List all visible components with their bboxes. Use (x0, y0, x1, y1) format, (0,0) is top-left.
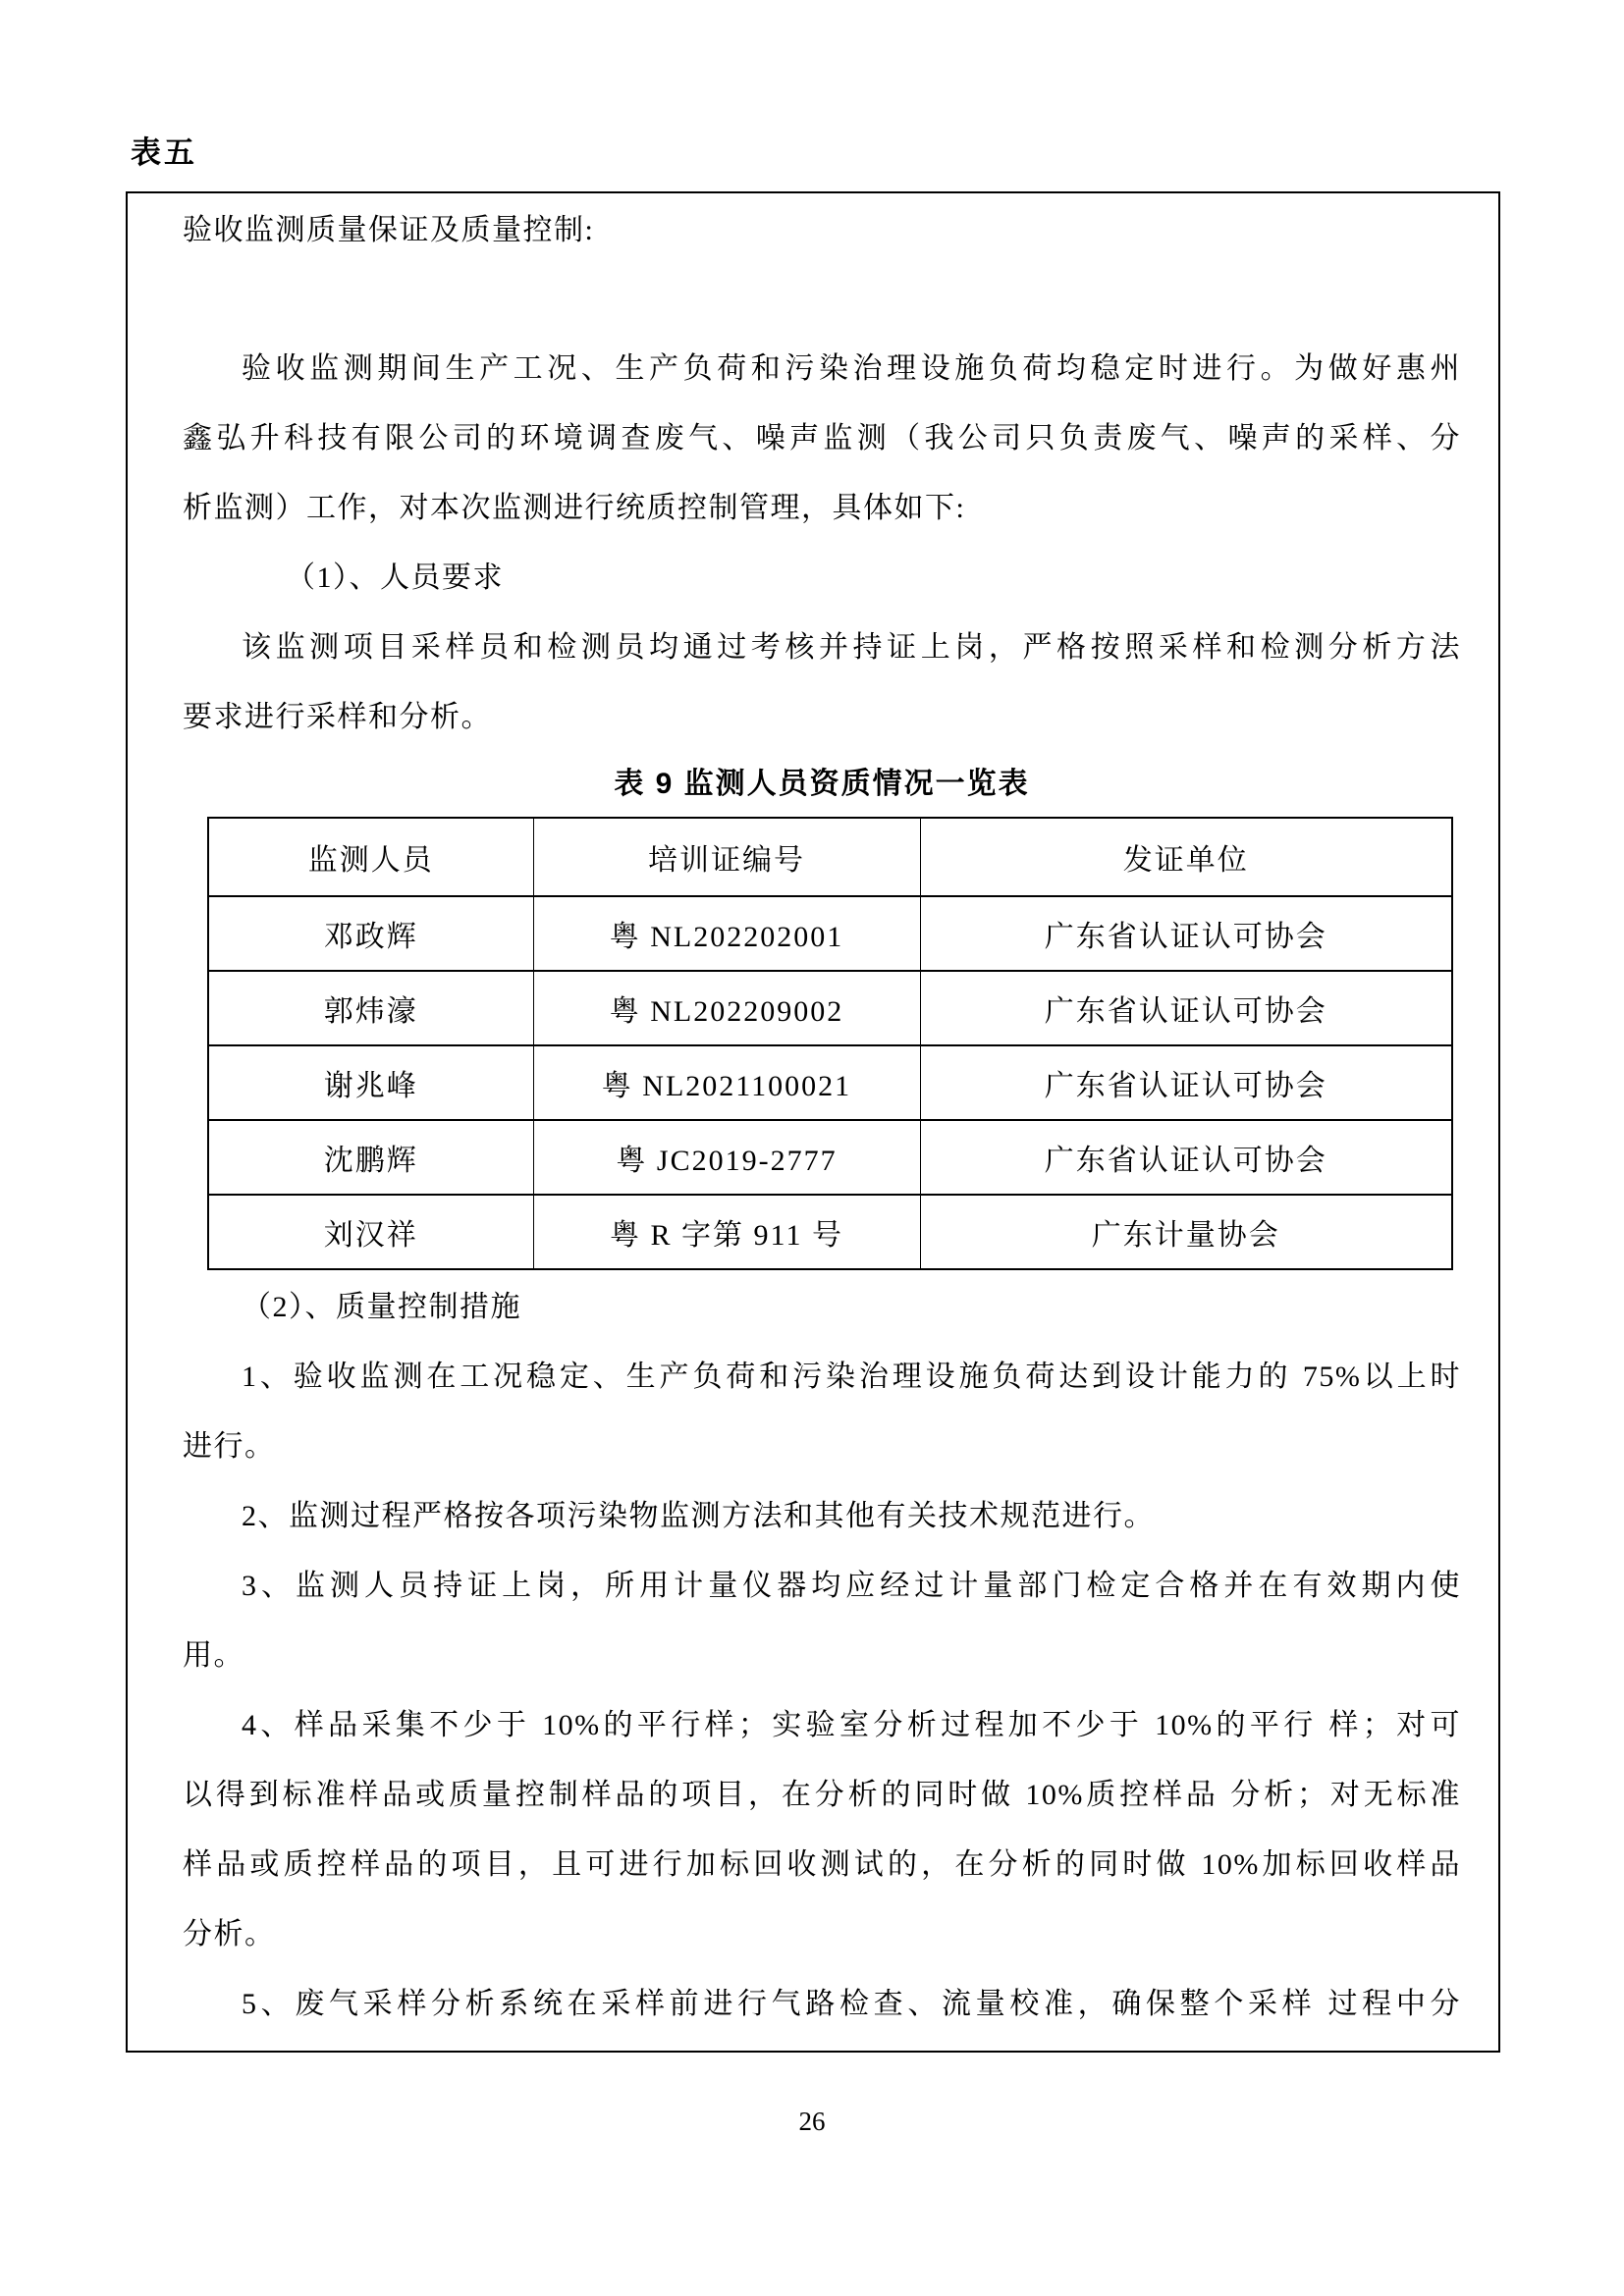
person-cell: 刘汉祥 (208, 1195, 533, 1269)
document-page: 表五 验收监测质量保证及质量控制: 验收监测期间生产工况、生产负荷和污染治理设施… (0, 0, 1624, 2296)
list-item-line: 分析。 (183, 1899, 1461, 1969)
list-item-line: 以得到标准样品或质量控制样品的项目，在分析的同时做 10%质控样品 分析；对无标… (183, 1760, 1461, 1830)
doc-heading: 表五 (131, 133, 197, 173)
issuer-cell: 广东省认证认可协会 (920, 971, 1452, 1045)
list-item-line: 5、废气采样分析系统在采样前进行气路检查、流量校准，确保整个采样 过程中分 (183, 1969, 1461, 2039)
person-cell: 沈鹏辉 (208, 1120, 533, 1195)
sub-heading-2: （2）、质量控制措施 (183, 1272, 1461, 1342)
paragraph-line: 析监测）工作，对本次监测进行统质控制管理，具体如下: (183, 473, 1461, 543)
list-item-line: 样品或质控样品的项目，且可进行加标回收测试的，在分析的同时做 10%加标回收样品 (183, 1830, 1461, 1899)
list-item-line: 1、验收监测在工况稳定、生产负荷和污染治理设施负荷达到设计能力的 75%以上时 (183, 1342, 1461, 1412)
list-item-line: 2、监测过程严格按各项污染物监测方法和其他有关技术规范进行。 (183, 1481, 1461, 1551)
table-header-cell: 培训证编号 (533, 818, 920, 896)
cert-cell: 粤 R 字第 911 号 (533, 1195, 920, 1269)
issuer-cell: 广东省认证认可协会 (920, 896, 1452, 971)
cert-cell: 粤 JC2019-2777 (533, 1120, 920, 1195)
content-box: 验收监测质量保证及质量控制: 验收监测期间生产工况、生产负荷和污染治理设施负荷均… (126, 191, 1500, 2053)
person-cell: 邓政辉 (208, 896, 533, 971)
issuer-cell: 广东计量协会 (920, 1195, 1452, 1269)
person-cell: 谢兆峰 (208, 1045, 533, 1120)
cert-cell: 粤 NL202209002 (533, 971, 920, 1045)
cert-cell: 粤 NL2021100021 (533, 1045, 920, 1120)
person-cell: 郭炜濠 (208, 971, 533, 1045)
issuer-cell: 广东省认证认可协会 (920, 1045, 1452, 1120)
cert-cell: 粤 NL202202001 (533, 896, 920, 971)
list-item-4: 4、样品采集不少于 10%的平行样；实验室分析过程加不少于 10%的平行 样；对… (183, 1690, 1461, 1969)
list-item-2: 2、监测过程严格按各项污染物监测方法和其他有关技术规范进行。 (183, 1481, 1461, 1551)
table-9-title: 表 9 监测人员资质情况一览表 (183, 754, 1461, 815)
list-item-line: 进行。 (183, 1412, 1461, 1481)
list-item-line: 3、监测人员持证上岗，所用计量仪器均应经过计量部门检定合格并在有效期内使 (183, 1551, 1461, 1621)
list-item-5: 5、废气采样分析系统在采样前进行气路检查、流量校准，确保整个采样 过程中分 (183, 1969, 1461, 2039)
paragraph-line: 验收监测期间生产工况、生产负荷和污染治理设施负荷均稳定时进行。为做好惠州 (183, 334, 1461, 403)
table-row: 郭炜濠 粤 NL202209002 广东省认证认可协会 (208, 971, 1452, 1045)
table-row: 邓政辉 粤 NL202202001 广东省认证认可协会 (208, 896, 1452, 971)
list-item-line: 4、样品采集不少于 10%的平行样；实验室分析过程加不少于 10%的平行 样；对… (183, 1690, 1461, 1760)
list-item-line: 用。 (183, 1621, 1461, 1690)
table-row: 谢兆峰 粤 NL2021100021 广东省认证认可协会 (208, 1045, 1452, 1120)
sub-heading-1: （1）、人员要求 (183, 543, 1461, 613)
table-header-row: 监测人员 培训证编号 发证单位 (208, 818, 1452, 896)
issuer-cell: 广东省认证认可协会 (920, 1120, 1452, 1195)
list-item-1: 1、验收监测在工况稳定、生产负荷和污染治理设施负荷达到设计能力的 75%以上时 … (183, 1342, 1461, 1481)
paragraph-2: 该监测项目采样员和检测员均通过考核并持证上岗，严格按照采样和检测分析方法 要求进… (183, 613, 1461, 752)
table-header-cell: 监测人员 (208, 818, 533, 896)
page-number: 26 (0, 2102, 1624, 2141)
qualification-table: 监测人员 培训证编号 发证单位 邓政辉 粤 NL202202001 广东省认证认… (207, 817, 1453, 1270)
table-row: 沈鹏辉 粤 JC2019-2777 广东省认证认可协会 (208, 1120, 1452, 1195)
table-row: 刘汉祥 粤 R 字第 911 号 广东计量协会 (208, 1195, 1452, 1269)
paragraph-1: 验收监测期间生产工况、生产负荷和污染治理设施负荷均稳定时进行。为做好惠州 鑫弘升… (183, 334, 1461, 543)
paragraph-line: 要求进行采样和分析。 (183, 682, 1461, 752)
table-header-cell: 发证单位 (920, 818, 1452, 896)
box-label: 验收监测质量保证及质量控制: (183, 195, 1461, 265)
paragraph-line: 鑫弘升科技有限公司的环境调查废气、噪声监测（我公司只负责废气、噪声的采样、分 (183, 403, 1461, 473)
list-item-3: 3、监测人员持证上岗，所用计量仪器均应经过计量部门检定合格并在有效期内使 用。 (183, 1551, 1461, 1690)
paragraph-line: 该监测项目采样员和检测员均通过考核并持证上岗，严格按照采样和检测分析方法 (183, 613, 1461, 682)
